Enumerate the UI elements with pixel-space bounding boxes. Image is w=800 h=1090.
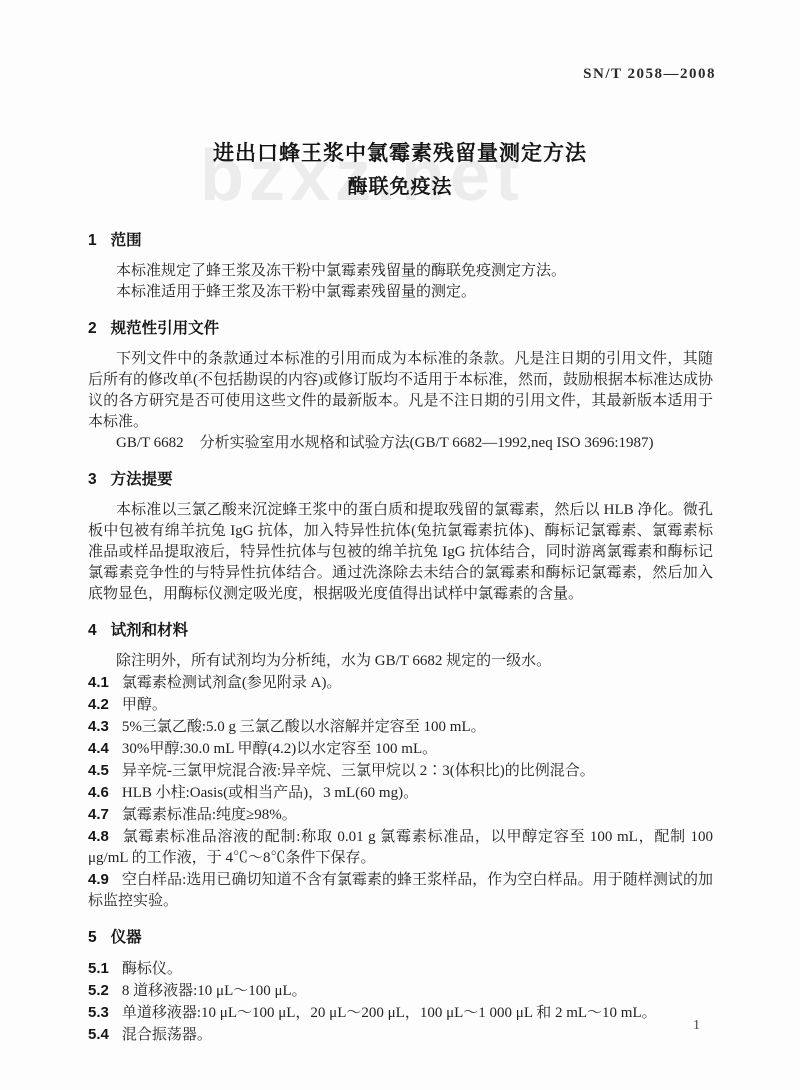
section-4-title: 试剂和材料	[111, 622, 189, 639]
clause-text: 5%三氯乙酸:5.0 g 三氯乙酸以水溶解并定容至 100 mL。	[122, 719, 486, 735]
standard-code: SN/T 2058—2008	[583, 66, 716, 83]
page-number: 1	[693, 1018, 700, 1034]
section-5-number: 5	[88, 929, 97, 946]
document-body: 1范围 本标准规定了蜂王浆及冻干粉中氯霉素残留量的酶联免疫测定方法。 本标准适用…	[88, 230, 713, 1046]
reference-title: 分析实验室用水规格和试验方法(GB/T 6682—1992,neq ISO 36…	[200, 435, 654, 451]
clause-item: 5.28 道移液器:10 μL～100 μL。	[88, 980, 713, 1002]
clause-number: 4.1	[88, 674, 109, 691]
clause-text: 单道移液器:10 μL～100 μL，20 μL～200 μL，100 μL～1…	[122, 1005, 657, 1021]
clause-number: 5.2	[88, 982, 109, 999]
clause-text: HLB 小柱:Oasis(或相当产品)，3 mL(60 mg)。	[122, 785, 418, 801]
document-page: SN/T 2058—2008 bzxz.net 进出口蜂王浆中氯霉素残留量测定方…	[0, 0, 800, 1090]
section-3-paragraph: 本标准以三氯乙酸来沉淀蜂王浆中的蛋白质和提取残留的氯霉素，然后以 HLB 净化。…	[88, 500, 713, 605]
clause-number: 4.9	[88, 871, 109, 888]
section-4-heading: 4试剂和材料	[88, 620, 713, 641]
clause-text: 30%甲醇:30.0 mL 甲醇(4.2)以水定容至 100 mL。	[122, 741, 437, 757]
clause-number: 4.8	[88, 828, 109, 845]
section-3-heading: 3方法提要	[88, 469, 713, 490]
clause-text: 异辛烷-三氯甲烷混合液:异辛烷、三氯甲烷以 2∶3(体积比)的比例混合。	[122, 763, 595, 779]
clause-item: 4.8氯霉素标准品溶液的配制:称取 0.01 g 氯霉素标准品，以甲醇定容至 1…	[88, 826, 713, 869]
clause-item: 5.1酶标仪。	[88, 958, 713, 980]
clause-item: 4.2甲醇。	[88, 694, 713, 716]
clause-number: 5.1	[88, 960, 109, 977]
document-title-line2: 酶联免疫法	[0, 172, 800, 202]
clause-number: 5.4	[88, 1026, 109, 1043]
clause-item: 4.6HLB 小柱:Oasis(或相当产品)，3 mL(60 mg)。	[88, 782, 713, 804]
document-title-line1: 进出口蜂王浆中氯霉素残留量测定方法	[0, 139, 800, 169]
section-2-title: 规范性引用文件	[111, 320, 220, 337]
clause-number: 4.4	[88, 740, 109, 757]
clause-item: 4.7氯霉素标准品:纯度≥98%。	[88, 804, 713, 826]
clause-number: 4.7	[88, 806, 109, 823]
section-4-number: 4	[88, 622, 97, 639]
clause-item: 4.9空白样品:选用已确切知道不含有氯霉素的蜂王浆样品，作为空白样品。用于随样测…	[88, 869, 713, 912]
clause-text: 混合振荡器。	[122, 1027, 212, 1043]
clause-text: 氯霉素标准品:纯度≥98%。	[122, 807, 297, 823]
clause-text: 8 道移液器:10 μL～100 μL。	[122, 983, 307, 999]
clause-item: 4.1氯霉素检测试剂盒(参见附录 A)。	[88, 672, 713, 694]
clause-item: 4.35%三氯乙酸:5.0 g 三氯乙酸以水溶解并定容至 100 mL。	[88, 716, 713, 738]
clause-text: 氯霉素标准品溶液的配制:称取 0.01 g 氯霉素标准品，以甲醇定容至 100 …	[88, 829, 713, 866]
section-4-intro: 除注明外，所有试剂均为分析纯，水为 GB/T 6682 规定的一级水。	[88, 651, 713, 672]
clause-number: 4.5	[88, 762, 109, 779]
document-title-block: 进出口蜂王浆中氯霉素残留量测定方法 酶联免疫法	[0, 139, 800, 202]
clause-text: 氯霉素检测试剂盒(参见附录 A)。	[122, 675, 342, 691]
clause-number: 5.3	[88, 1004, 109, 1021]
section-3-number: 3	[88, 471, 97, 488]
section-5-title: 仪器	[111, 929, 142, 946]
section-1-paragraph: 本标准适用于蜂王浆及冻干粉中氯霉素残留量的测定。	[88, 282, 713, 303]
section-1-number: 1	[88, 232, 97, 249]
section-2-paragraph: 下列文件中的条款通过本标准的引用而成为本标准的条款。凡是注日期的引用文件，其随后…	[88, 349, 713, 433]
clause-number: 4.6	[88, 784, 109, 801]
clause-number: 4.2	[88, 696, 109, 713]
section-2-number: 2	[88, 320, 97, 337]
section-1-paragraph: 本标准规定了蜂王浆及冻干粉中氯霉素残留量的酶联免疫测定方法。	[88, 261, 713, 282]
clause-text: 空白样品:选用已确切知道不含有氯霉素的蜂王浆样品，作为空白样品。用于随样测试的加…	[88, 872, 713, 909]
reference-code: GB/T 6682	[116, 435, 184, 451]
section-1-title: 范围	[111, 232, 142, 249]
clause-text: 甲醇。	[122, 697, 167, 713]
section-1-heading: 1范围	[88, 230, 713, 251]
section-2-heading: 2规范性引用文件	[88, 318, 713, 339]
clause-number: 4.3	[88, 718, 109, 735]
clause-item: 5.3单道移液器:10 μL～100 μL，20 μL～200 μL，100 μ…	[88, 1002, 713, 1024]
clause-item: 4.5异辛烷-三氯甲烷混合液:异辛烷、三氯甲烷以 2∶3(体积比)的比例混合。	[88, 760, 713, 782]
section-3-title: 方法提要	[111, 471, 173, 488]
clause-item: 4.430%甲醇:30.0 mL 甲醇(4.2)以水定容至 100 mL。	[88, 738, 713, 760]
clause-item: 5.4混合振荡器。	[88, 1024, 713, 1046]
clause-text: 酶标仪。	[122, 961, 182, 977]
normative-reference: GB/T 6682分析实验室用水规格和试验方法(GB/T 6682—1992,n…	[88, 433, 713, 454]
section-5-heading: 5仪器	[88, 927, 713, 948]
